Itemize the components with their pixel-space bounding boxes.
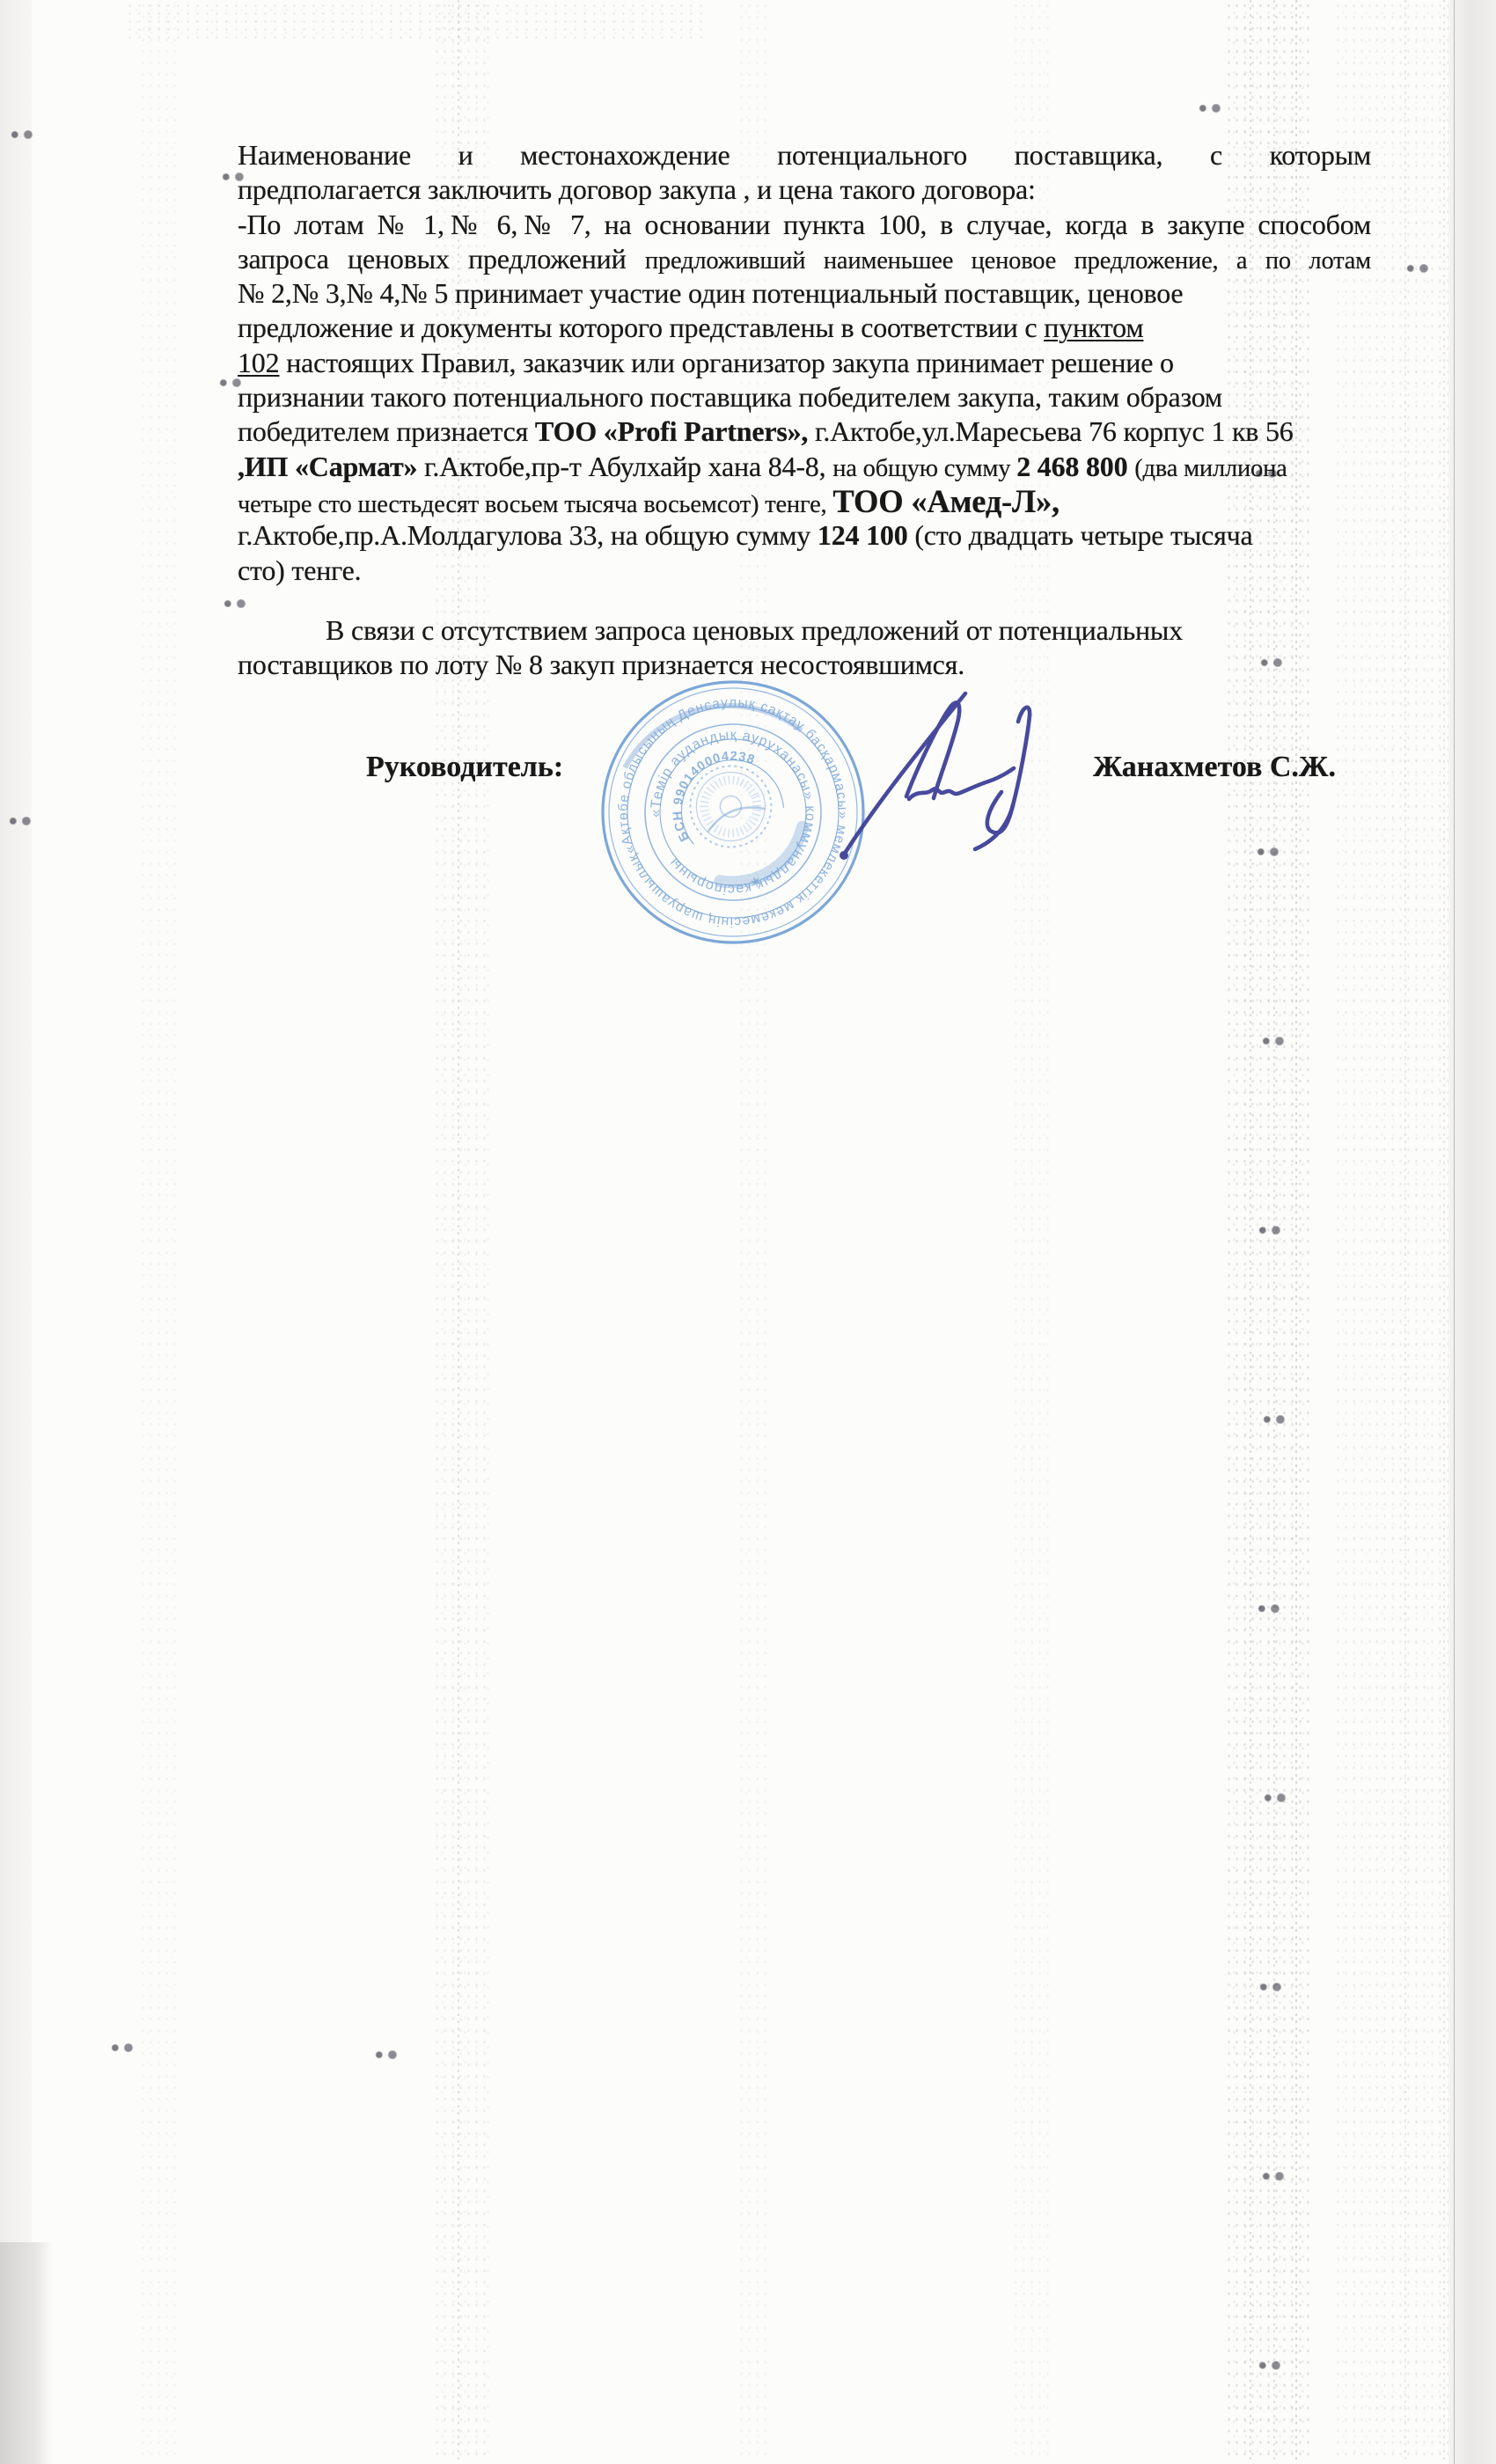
scan-smudge-mark <box>1401 264 1433 273</box>
text-line: -По лотам № 1,№ 6,№ 7, на основании пунк… <box>238 208 1371 242</box>
text-line: победителем признается ТОО «Profi Partne… <box>238 414 1371 449</box>
text-run: предложивший наименьшее ценовое предложе… <box>645 247 1371 275</box>
scan-smudge-mark <box>1257 1037 1288 1045</box>
text-run: (сто двадцать четыре тысяча <box>908 519 1253 551</box>
text-line: В связи с отсутствием запроса ценовых пр… <box>238 613 1371 648</box>
signature-signer-name: Жанахметов С.Ж. <box>1093 749 1336 786</box>
scan-paper-edge-line <box>1454 0 1455 2464</box>
text-run: предложение и документы которого предста… <box>238 312 1044 343</box>
text-run: ТОО «Profi Partners», <box>535 415 808 447</box>
text-run: ТОО «Амед-Л», <box>832 483 1060 519</box>
scan-noise-line <box>1404 0 1406 2464</box>
text-run: запроса ценовых предложений <box>238 243 645 275</box>
text-run: № 2,№ 3,№ 4,№ 5 принимает участие один п… <box>238 277 1183 309</box>
text-run: 124 100 <box>818 519 908 551</box>
text-run: 102 <box>238 347 279 378</box>
text-line: предложение и документы которого предста… <box>238 311 1371 345</box>
text-run: сто) тенге. <box>238 554 361 586</box>
scan-smudge-mark <box>1257 2172 1288 2181</box>
handwritten-signature-ink <box>832 686 1043 871</box>
text-run: победителем признается <box>238 415 535 447</box>
scan-smudge-mark <box>1258 1793 1290 1802</box>
scan-smudge-mark <box>218 599 250 608</box>
scan-noise-line <box>1443 0 1445 2464</box>
scan-smudge-mark <box>1253 2361 1285 2370</box>
text-run: на общую сумму <box>832 455 1016 482</box>
text-line: предполагается заключить договор закупа … <box>238 172 1371 207</box>
scan-noise-left-edge <box>0 0 32 2464</box>
scan-smudge-mark <box>4 817 35 825</box>
text-run: (два миллиона <box>1134 455 1287 482</box>
text-run: г.Актобе,ул.Маресьева 76 корпус 1 кв 56 <box>808 415 1293 447</box>
scan-smudge-mark <box>1258 1415 1289 1424</box>
text-line: Наименование и местонахождение потенциал… <box>238 138 1371 172</box>
text-run: настоящих Правил, заказчик или организат… <box>279 347 1173 378</box>
text-run: г.Актобе,пр.А.Молдагулова 33, на общую с… <box>238 519 818 551</box>
stamp-outer-ring-text: «Ақтөбе облысының Денсаулық сақтау басқа… <box>597 676 869 949</box>
text-line: 102 настоящих Правил, заказчик или орган… <box>238 346 1371 380</box>
text-run: Наименование и местонахождение потенциал… <box>238 139 1371 171</box>
text-run: ,ИП «Сармат» <box>238 451 417 482</box>
text-run: четыре сто шестьдесят восьем тысяча вось… <box>238 491 832 518</box>
text-line: ,ИП «Сармат» г.Актобе,пр-т Абулхайр хана… <box>238 450 1371 484</box>
stamp-bin-text: БСН 990140004238 <box>652 737 777 844</box>
scan-smudge-mark <box>1252 1604 1284 1613</box>
text-line: признании такого потенциального поставщи… <box>238 380 1371 414</box>
scan-smudge-mark <box>5 130 37 139</box>
scan-noise-right-edge <box>1448 0 1496 2464</box>
scan-noise-band <box>1373 0 1448 2464</box>
signature-role-label: Руководитель: <box>366 749 563 786</box>
text-line: запроса ценовых предложений предложивший… <box>238 242 1371 276</box>
scan-smudge-mark <box>370 2050 401 2059</box>
scan-smudge-mark <box>1193 104 1225 113</box>
text-line: г.Актобе,пр.А.Молдагулова 33, на общую с… <box>238 518 1371 553</box>
text-run: признании такого потенциального поставщи… <box>238 381 1222 413</box>
scan-noise-bottom-left <box>0 2242 53 2464</box>
scan-noise-top <box>123 0 704 40</box>
scan-smudge-mark <box>106 2043 137 2052</box>
text-line: сто) тенге. <box>238 554 1371 588</box>
scan-noise-band <box>139 0 178 2464</box>
text-run: пунктом <box>1044 312 1143 343</box>
official-stamp-seal: «Ақтөбе облысының Денсаулық сақтау басқа… <box>597 676 869 949</box>
text-run: предполагается заключить договор закупа … <box>238 173 1036 205</box>
text-run: г.Актобе,пр-т Абулхайр хана 84-8, <box>417 451 832 482</box>
text-run: -По лотам № 1,№ 6,№ 7, на основании пунк… <box>238 209 1371 240</box>
scan-smudge-mark <box>1253 1226 1285 1235</box>
text-line: № 2,№ 3,№ 4,№ 5 принимает участие один п… <box>238 276 1371 311</box>
paragraph-lot8-cancelled: В связи с отсутствием запроса ценовых пр… <box>238 613 1371 683</box>
text-run: В связи с отсутствием запроса ценовых пр… <box>326 614 1183 646</box>
text-line: четыре сто шестьдесят восьем тысяча вось… <box>238 484 1371 518</box>
scanned-document-page: Наименование и местонахождение потенциал… <box>0 0 1496 2464</box>
scan-smudge-mark <box>1251 847 1283 856</box>
paragraph-supplier-decision: Наименование и местонахождение потенциал… <box>238 138 1371 588</box>
scan-smudge-mark <box>1254 1983 1286 1991</box>
text-run: 2 468 800 <box>1016 451 1134 482</box>
